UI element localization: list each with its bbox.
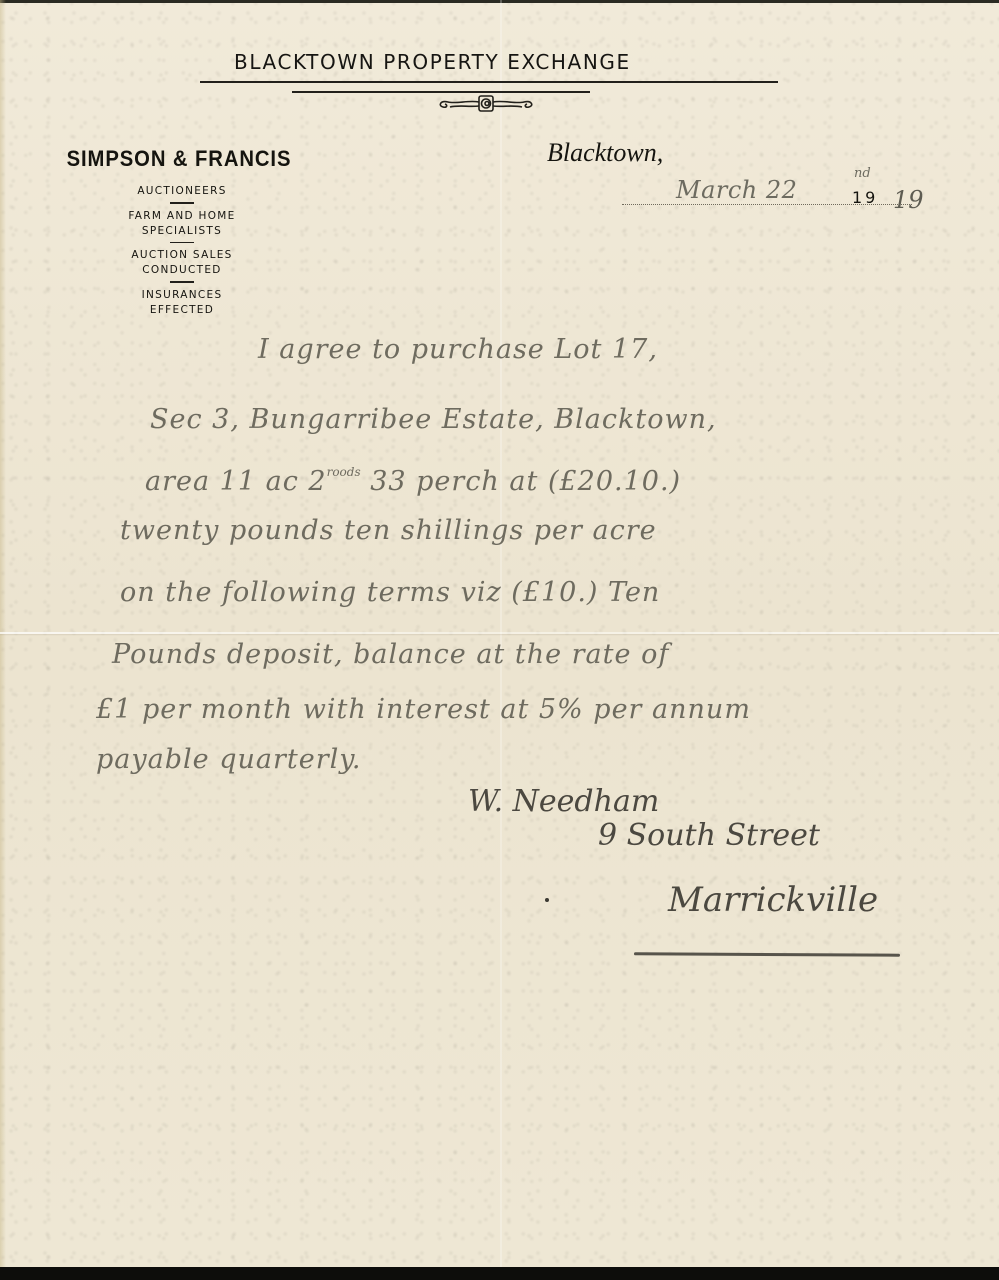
firm-service-effected: EFFECTED	[34, 303, 330, 318]
area-roods: roods	[327, 465, 361, 479]
signature-town: Marrickville	[668, 880, 878, 920]
firm-divider	[170, 242, 194, 244]
body-line: I agree to purchase Lot 17,	[258, 334, 658, 365]
horizontal-fold-crease	[0, 632, 999, 634]
body-line: Pounds deposit, balance at the rate of	[112, 639, 669, 670]
firm-divider	[170, 281, 194, 283]
letter-paper: BLACKTOWN PROPERTY EXCHANGE SIMPSON & FR…	[0, 0, 999, 1267]
body-line: twenty pounds ten shillings per acre	[120, 515, 657, 546]
letterhead-title: BLACKTOWN PROPERTY EXCHANGE	[234, 50, 631, 74]
body-line: Sec 3, Bungarribee Estate, Blacktown,	[150, 404, 717, 435]
date-year-handwritten: 19	[893, 186, 924, 214]
letter-place: Blacktown,	[547, 138, 663, 168]
firm-service-auctioneers: AUCTIONEERS	[34, 184, 330, 199]
date-suffix: nd	[854, 166, 871, 181]
body-line: on the following terms viz (£10.) Ten	[120, 577, 660, 608]
area-rest: 33 perch at (£20.10.)	[361, 466, 681, 497]
ink-speck	[545, 898, 549, 902]
date-handwritten: March 22	[676, 176, 797, 204]
signature-street: 9 South Street	[598, 818, 820, 853]
firm-service-specialists: SPECIALISTS	[34, 224, 330, 239]
date-year-printed: 19	[852, 188, 878, 207]
firm-divider	[170, 202, 194, 204]
signature-name: W. Needham	[468, 784, 659, 819]
body-line: payable quarterly.	[96, 744, 362, 775]
area-text: area 11 ac 2	[145, 466, 327, 497]
firm-service-insurances: INSURANCES	[34, 288, 330, 303]
body-line-area: area 11 ac 2roods 33 perch at (£20.10.)	[145, 465, 681, 497]
scroll-ornament-icon	[434, 94, 538, 114]
firm-name: SIMPSON & FRANCIS	[40, 146, 318, 172]
signature-underline	[634, 952, 900, 956]
firm-service-farm-home: FARM AND HOME	[34, 209, 330, 224]
firm-service-auction-sales: AUCTION SALES	[34, 248, 330, 263]
letterhead-rule-short	[292, 91, 590, 93]
body-line: £1 per month with interest at 5% per ann…	[96, 694, 751, 725]
letterhead-rule-long	[200, 81, 778, 83]
firm-info: SIMPSON & FRANCIS AUCTIONEERS FARM AND H…	[40, 146, 330, 318]
firm-service-conducted: CONDUCTED	[34, 263, 330, 278]
